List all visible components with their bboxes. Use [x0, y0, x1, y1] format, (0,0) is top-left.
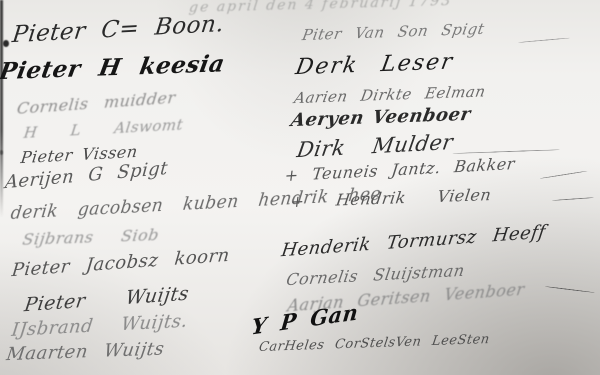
flourish-stroke: [518, 37, 570, 43]
signature-line: Pieter C= Boon.: [11, 11, 226, 48]
flourish-stroke: [540, 170, 588, 178]
manuscript-page: ge april den 4 februarij 1793 Pieter C= …: [0, 0, 600, 375]
signature-line: CarHeles CorStelsVen LeeSten: [258, 332, 491, 355]
page-binding-edge: [0, 0, 3, 218]
ink-speck: [3, 40, 9, 47]
date-header: ge april den 4 februarij 1793: [188, 0, 453, 16]
signature-line: Maarten Wuijts: [5, 338, 166, 365]
signature-line: H L Alswomt: [23, 116, 185, 142]
flourish-stroke: [452, 149, 560, 154]
signature-line: Sijbrans Siob: [21, 225, 160, 249]
signature-line: Aeryen Veenboer: [289, 104, 472, 131]
signature-line: Cornelis muidder: [16, 88, 177, 118]
flourish-stroke: [552, 197, 594, 201]
signature-line: Piter Van Son Spigt: [301, 20, 486, 44]
signature-line: IJsbrand Wuijts.: [10, 311, 189, 341]
ink-speck: [0, 150, 3, 155]
flourish-stroke: [545, 286, 595, 293]
signature-line: Derk Leser: [294, 49, 456, 80]
signature-line: Pieter H keesia: [0, 50, 227, 85]
signature-line: Pieter Jacobsz koorn: [11, 245, 231, 281]
signature-line: Henderik Tormursz Heeff: [280, 222, 547, 262]
